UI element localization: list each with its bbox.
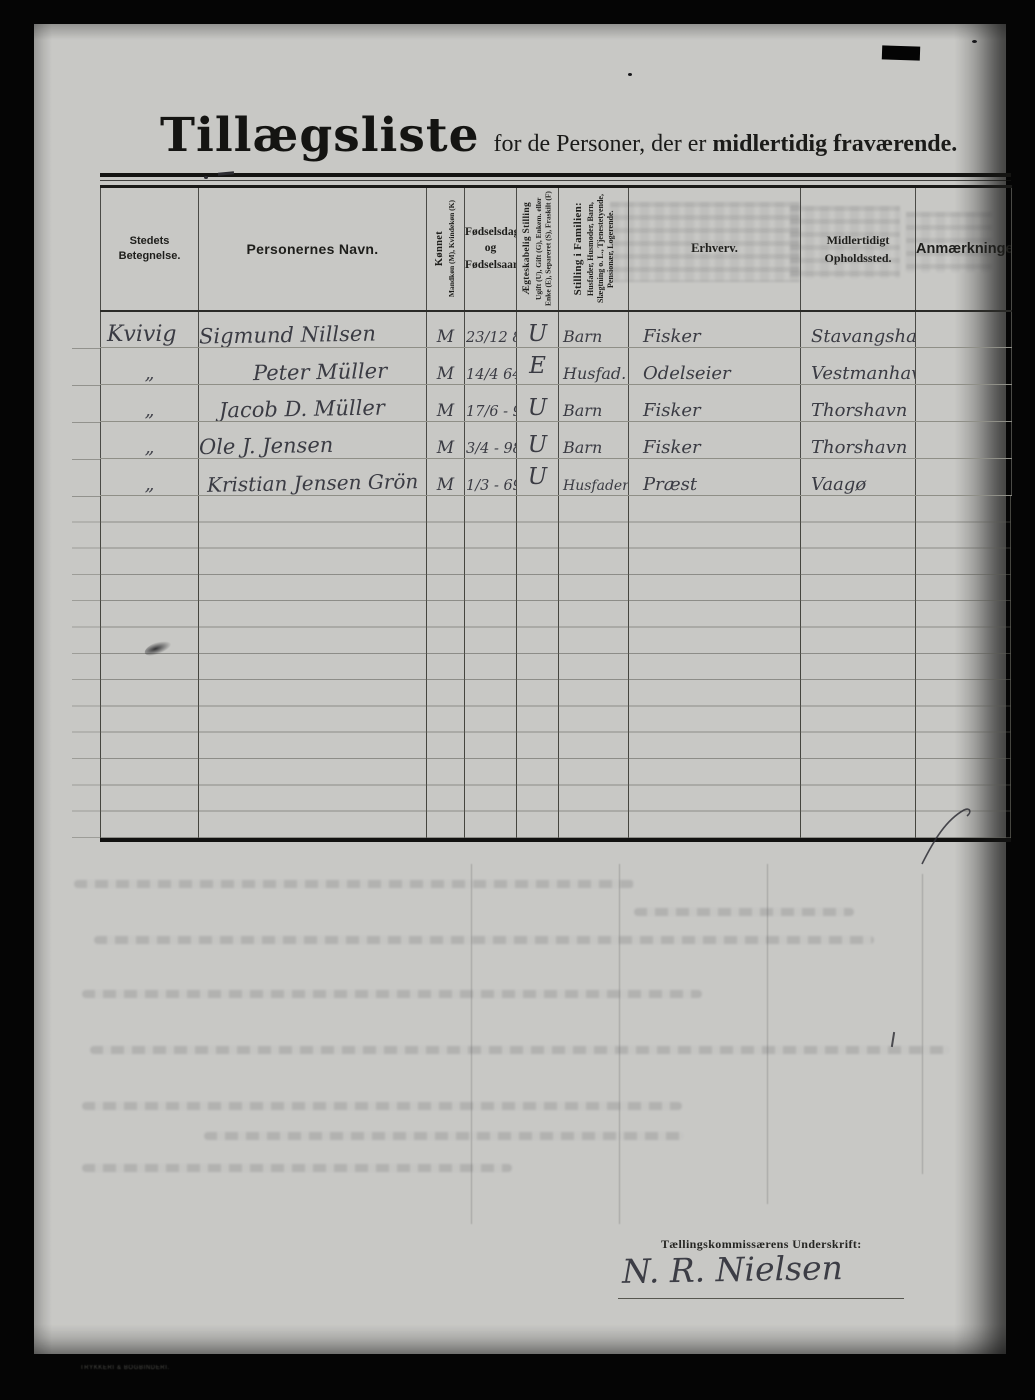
family-value: Barn	[559, 327, 602, 346]
bleedthrough-vline	[619, 864, 620, 1224]
place-ditto: „	[145, 362, 155, 384]
header-sex: KønnetMandkøn (M), Kvindekøn (K)	[427, 187, 465, 311]
header-marital: Ægteskabelig StillingUgift (U), Gift (G)…	[517, 187, 559, 311]
table-row: „ Kristian Jensen Grön M 1/3 - 69 U Husf…	[101, 459, 1012, 496]
header-name-label: Personernes Navn.	[247, 241, 379, 257]
title-subtitle-regular: for de Personer, der er	[493, 131, 706, 157]
residence-value: Stavangshavn	[801, 326, 916, 347]
cell-sex: M	[427, 348, 465, 385]
occupation-value: Fisker	[629, 400, 701, 421]
header-sex-main: Kønnet	[434, 231, 445, 266]
title-rule-thin	[100, 180, 1011, 181]
bleedthrough-vline	[767, 864, 768, 1204]
cell-remarks	[916, 422, 1012, 459]
table-row: Kvivig Sigmund Nillsen M 23/12 85 U Barn…	[101, 311, 1012, 348]
cell-occupation: Fisker	[629, 311, 801, 348]
cell-birth: 23/12 85	[465, 311, 517, 348]
residence-value: Thorshavn	[801, 437, 907, 458]
header-birth-line3: Fødselsaar.	[465, 259, 517, 271]
rule-stubs-left	[72, 312, 100, 497]
cell-sex: M	[427, 459, 465, 496]
cell-sex: M	[427, 422, 465, 459]
birth-value: 17/6 - 95	[465, 404, 517, 420]
cell-birth: 3/4 - 98	[465, 422, 517, 459]
cell-residence: Vestmanhavn	[801, 348, 916, 385]
cell-residence: Stavangshavn	[801, 311, 916, 348]
family-value: Barn	[559, 438, 602, 457]
header-birth-line1: Fødselsdag	[465, 226, 517, 238]
cell-place: „	[101, 422, 199, 459]
pen-mark	[891, 1032, 895, 1047]
residence-value: Thorshavn	[801, 400, 907, 421]
name-value: Ole J. Jensen	[199, 433, 334, 459]
place-value: Kvivig	[107, 322, 176, 347]
occupation-value: Præst	[629, 474, 697, 495]
cell-marital: U	[517, 385, 559, 422]
header-name: Personernes Navn.	[199, 187, 427, 311]
bleedthrough-line	[82, 990, 702, 998]
table-row: „ Ole J. Jensen M 3/4 - 98 U Barn Fisker…	[101, 422, 1012, 459]
family-value: Husfad.	[559, 364, 626, 383]
header-sex-sub: Mandkøn (M), Kvindekøn (K)	[447, 200, 456, 297]
cell-remarks	[916, 385, 1012, 422]
residence-value: Vestmanhavn	[801, 363, 916, 384]
name-value: Peter Müller	[253, 359, 388, 385]
title-subtitle: for de Personer, der er midlertidig frav…	[493, 131, 957, 157]
cell-marital: U	[517, 422, 559, 459]
bleedthrough-patch	[610, 202, 800, 282]
occupation-value: Odelseier	[629, 363, 731, 384]
cell-remarks	[916, 459, 1012, 496]
birth-value: 1/3 - 69	[465, 478, 517, 494]
table-row: „ Jacob D. Müller M 17/6 - 95 U Barn Fis…	[101, 385, 1012, 422]
bleedthrough-patch	[906, 212, 992, 272]
cell-marital: U	[517, 311, 559, 348]
bleedthrough-line	[74, 880, 634, 888]
title-rule	[100, 173, 1011, 177]
cell-name: Ole J. Jensen	[199, 422, 427, 459]
cell-occupation: Odelseier	[629, 348, 801, 385]
cell-name: Kristian Jensen Grön	[199, 459, 427, 496]
name-value: Kristian Jensen Grön	[207, 469, 419, 495]
signature-line	[618, 1298, 904, 1299]
sex-value: M	[437, 475, 454, 495]
page-title: Tillægslistefor de Personer, der er midl…	[160, 108, 957, 163]
marital-value: U	[528, 395, 547, 421]
cell-remarks	[916, 311, 1012, 348]
header-marital-main: Ægteskabelig Stilling	[522, 202, 532, 295]
cell-remarks	[916, 348, 1012, 385]
title-main: Tillægsliste	[160, 108, 479, 163]
occupation-value: Fisker	[629, 326, 701, 347]
cell-occupation: Fisker	[629, 385, 801, 422]
place-ditto: „	[145, 436, 155, 458]
rule-stubs-left-lower	[72, 496, 100, 838]
cell-residence: Thorshavn	[801, 385, 916, 422]
paper-sheet: Tillægslistefor de Personer, der er midl…	[34, 24, 1006, 1354]
bleedthrough-line	[634, 908, 854, 916]
header-marital-sub: Ugift (U), Gift (G), Enkem. eller Enke (…	[534, 191, 553, 307]
family-value: Barn	[559, 401, 602, 420]
scan-notch	[882, 45, 920, 60]
place-ditto: „	[145, 399, 155, 421]
ink-speck	[972, 40, 977, 43]
bleedthrough-line	[82, 1164, 512, 1172]
name-value: Jacob D. Müller	[219, 396, 385, 422]
commissioner-signature: N. R. Nielsen	[622, 1248, 843, 1291]
cell-marital: E	[517, 348, 559, 385]
cell-family: Husfader	[559, 459, 629, 496]
header-place: Stedets Betegnelse.	[101, 187, 199, 311]
table-row: „ Peter Müller M 14/4 64 E Husfad. Odels…	[101, 348, 1012, 385]
marital-value: U	[528, 464, 547, 490]
sex-value: M	[437, 438, 454, 458]
cell-birth: 17/6 - 95	[465, 385, 517, 422]
birth-value: 3/4 - 98	[465, 441, 517, 457]
header-place-label: Stedets Betegnelse.	[115, 234, 185, 264]
cell-place: „	[101, 459, 199, 496]
cell-birth: 14/4 64	[465, 348, 517, 385]
bleedthrough-line	[204, 1132, 684, 1140]
marital-value: U	[528, 432, 547, 458]
ink-speck	[628, 73, 632, 76]
cell-occupation: Fisker	[629, 422, 801, 459]
bleedthrough-patch	[790, 206, 900, 278]
header-family-main: Stilling i Familien:	[572, 202, 584, 295]
bleedthrough-line	[94, 936, 874, 944]
bleedthrough-line	[90, 1046, 950, 1054]
occupation-value: Fisker	[629, 437, 701, 458]
family-value: Husfader	[559, 478, 629, 494]
cell-name: Sigmund Nillsen	[199, 311, 427, 348]
cell-family: Barn	[559, 385, 629, 422]
residence-value: Vaagø	[801, 474, 866, 495]
cell-place: „	[101, 385, 199, 422]
pen-dot	[204, 176, 208, 179]
birth-value: 14/4 64	[465, 367, 517, 383]
cell-occupation: Præst	[629, 459, 801, 496]
header-birth: Fødselsdag og Fødselsaar.	[465, 187, 517, 311]
cell-place: Kvivig	[101, 311, 199, 348]
birth-value: 23/12 85	[465, 330, 517, 346]
sex-value: M	[437, 364, 454, 384]
pen-flourish	[912, 802, 982, 872]
cell-family: Barn	[559, 311, 629, 348]
cell-family: Husfad.	[559, 348, 629, 385]
bleedthrough-vline	[471, 864, 472, 1224]
scanned-census-page: { "page": { "title_main": "Tillægsliste"…	[0, 0, 1035, 1400]
cell-marital: U	[517, 459, 559, 496]
marital-value: U	[528, 321, 547, 347]
sex-value: M	[437, 327, 454, 347]
marital-value: E	[529, 353, 546, 379]
cell-sex: M	[427, 385, 465, 422]
cell-birth: 1/3 - 69	[465, 459, 517, 496]
cell-place: „	[101, 348, 199, 385]
title-subtitle-bold: midlertidig fraværende.	[712, 131, 957, 157]
empty-table-rows	[100, 496, 1011, 842]
cell-name: Jacob D. Müller	[199, 385, 427, 422]
bleedthrough-line	[82, 1102, 682, 1110]
name-value: Sigmund Nillsen	[199, 321, 376, 347]
cell-family: Barn	[559, 422, 629, 459]
cell-residence: Thorshavn	[801, 422, 916, 459]
bleedthrough-vline	[922, 874, 923, 1174]
sex-value: M	[437, 401, 454, 421]
cell-sex: M	[427, 311, 465, 348]
printer-imprint: TRYKKERI & BOGBINDERI.	[80, 1365, 170, 1371]
header-birth-line2: og	[485, 242, 497, 254]
cell-name: Peter Müller	[199, 348, 427, 385]
cell-residence: Vaagø	[801, 459, 916, 496]
place-ditto: „	[145, 473, 155, 495]
